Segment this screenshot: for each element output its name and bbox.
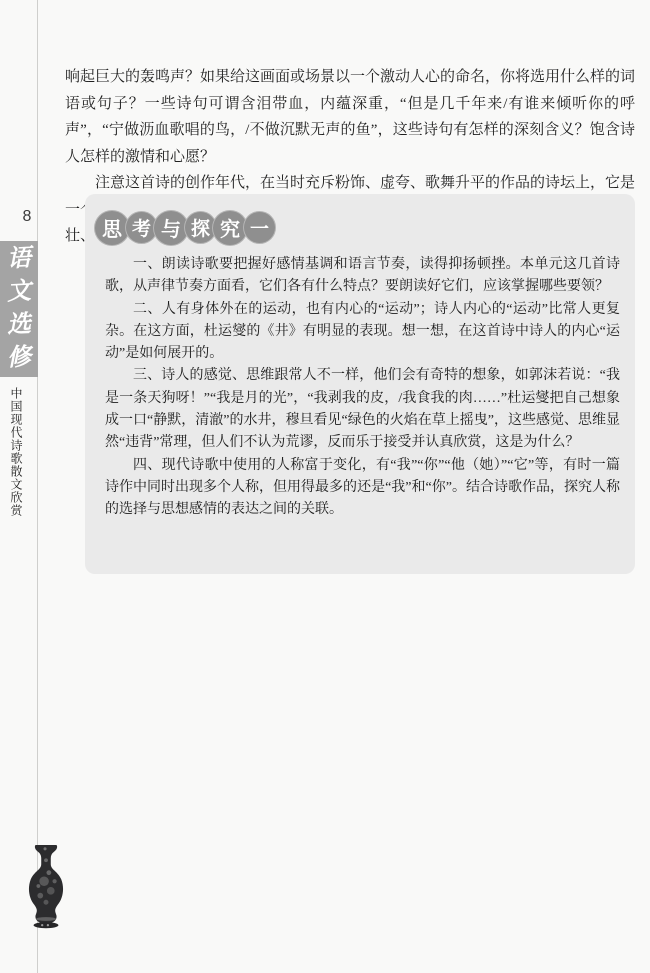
page-number: 8 — [18, 208, 36, 226]
question-item: 二、人有身体外在的运动，也有内心的“运动”；诗人内心的“运动”比常人更复杂。在这… — [105, 299, 620, 366]
subject-tab-char: 文 — [6, 276, 32, 308]
subject-tab-char: 选 — [6, 309, 32, 341]
textbook-page: { "page": { "number": "8", "colors": { "… — [0, 0, 650, 973]
question-item: 四、现代诗歌中使用的人称富于变化，有“我”“你”“他（她）”“它”等，有时一篇诗… — [105, 455, 620, 522]
question-item: 三、诗人的感觉、思维跟常人不一样，他们会有奇特的想象，如郭沫若说：“我是一条天狗… — [105, 365, 620, 454]
question-item: 一、朗读诗歌要把握好感情基调和语言节奏，读得抑扬顿挫。本单元这几首诗歌，从声律节… — [105, 254, 620, 299]
spine-rule-line — [37, 0, 38, 973]
series-title: 中国现代诗歌散文欣赏 — [8, 387, 25, 517]
subject-tab-char: 语 — [6, 243, 32, 275]
thinking-exploration-badge: 思 考 与 探 究 一 — [94, 209, 635, 246]
question-list: 一、朗读诗歌要把握好感情基调和语言节奏，读得抑扬顿挫。本单元这几首诗歌，从声律节… — [105, 254, 620, 522]
porcelain-vase-icon — [25, 843, 67, 931]
subject-tab: 语 文 选 修 — [0, 241, 38, 377]
subject-tab-char: 修 — [6, 342, 32, 374]
intro-paragraph: 响起巨大的轰鸣声？如果给这画面或场景以一个激动人心的命名，你将选用什么样的词语或… — [65, 64, 635, 170]
badge-char: 一 — [243, 211, 276, 244]
thinking-exploration-box: 思 考 与 探 究 一 一、朗读诗歌要把握好感情基调和语言节奏，读得抑扬顿挫。本… — [85, 194, 635, 574]
